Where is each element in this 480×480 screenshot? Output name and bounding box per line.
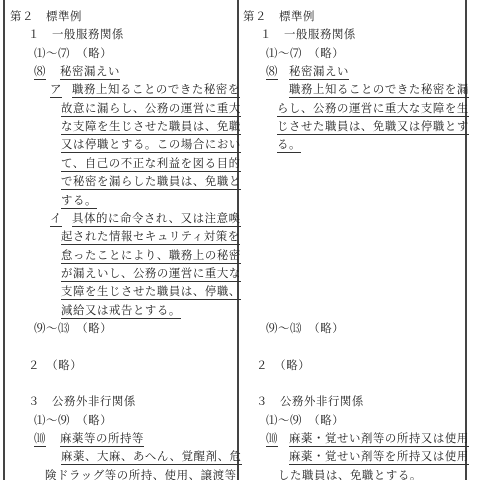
text-line: 具体的に命令され、又は注意喚 (72, 209, 241, 227)
amended-text: 秘密漏えい (289, 64, 349, 80)
marker-row: ⑻ (266, 62, 278, 80)
body-text: ⑴～⑼ （略） (266, 413, 344, 427)
body-text: した職員は、免職とする。 (278, 468, 422, 480)
amended-text: する。 (61, 193, 97, 209)
amended-text: 麻薬・覚せい剤等の所持又は使用 (289, 431, 469, 447)
marker-row: イ (50, 209, 62, 227)
text-line: 職務上知ることのできた秘密を (72, 80, 240, 98)
right-border (465, 0, 467, 480)
text-line: 又は停職とする。この場合におい (61, 135, 241, 153)
amended-text: 職務上知ることのできた秘密を漏 (289, 82, 469, 98)
amended-text: 減給又は戒告とする。 (61, 303, 181, 319)
text-line: 怠ったことにより、職務上の秘密 (61, 246, 241, 264)
item-marker: ⑻ (266, 64, 278, 80)
body-text: 第２ 標準例 (10, 9, 82, 23)
body-text: ２ （略） (28, 358, 82, 372)
text-line: ⑴～⑺ （略） (266, 44, 344, 62)
amended-text: が漏えいし、公務の運営に重大な (61, 266, 241, 282)
amended-text: 起された情報セキュリティ対策を (61, 229, 240, 245)
text-line: ２ （略） (256, 356, 310, 374)
amended-text: 支障を生じさせた職員は、停職、 (61, 284, 241, 300)
text-line: 第２ 標準例 (243, 7, 315, 25)
text-line: じさせた職員は、免職又は停職とす (277, 117, 469, 135)
body-text: ⑴～⑺ （略） (266, 46, 344, 60)
text-line: 減給又は戒告とする。 (61, 301, 181, 319)
text-line: 麻薬・覚せい剤等を所持又は使用 (289, 447, 469, 465)
amended-text: 又は停職とする。この場合におい (61, 137, 241, 153)
amended-text: で秘密を漏らした職員は、免職と (61, 174, 241, 190)
text-line: 秘密漏えい (60, 62, 120, 80)
text-line: 職務上知ることのできた秘密を漏 (289, 80, 469, 98)
text-line: 麻薬・覚せい剤等の所持又は使用 (289, 429, 469, 447)
text-line: て、自己の不正な利益を図る目的 (61, 154, 241, 172)
amended-text: 故意に漏らし、公務の運営に重大 (61, 101, 241, 117)
text-line: ⑼～⒀ （略） (34, 319, 112, 337)
amended-text: 職務上知ることのできた秘密を (72, 82, 240, 98)
text-line: 支障を生じさせた職員は、停職、 (61, 282, 241, 300)
body-text: ⑴～⑺ （略） (34, 46, 112, 60)
text-line: ⑴～⑼ （略） (266, 411, 344, 429)
text-line: 起された情報セキュリティ対策を (61, 227, 240, 245)
text-line: ⑴～⑺ （略） (34, 44, 112, 62)
text-line: 故意に漏らし、公務の運営に重大 (61, 99, 241, 117)
text-line: る。 (277, 135, 301, 153)
body-text: 険ドラッグ等の所持、使用、譲渡等 (45, 468, 237, 480)
amended-text: て、自己の不正な利益を図る目的 (61, 156, 241, 172)
text-line: ⑴～⑼ （略） (34, 411, 112, 429)
text-line: １ 一般服務関係 (28, 25, 124, 43)
text-line: 麻薬等の所持等 (60, 429, 144, 447)
amended-text: な支障を生じさせた職員は、免職 (61, 119, 241, 135)
item-marker: ⑻ (34, 64, 46, 80)
amended-text: る。 (277, 137, 301, 153)
text-line: する。 (61, 191, 97, 209)
text-line: 秘密漏えい (289, 62, 349, 80)
marker-row: ⑽ (34, 429, 46, 447)
text-line: 第２ 標準例 (10, 7, 82, 25)
item-marker: ア (50, 82, 62, 98)
text-line: ⑼～⒀ （略） (266, 319, 344, 337)
amended-text: 麻薬等の所持等 (60, 431, 144, 447)
text-line: １ 一般服務関係 (260, 25, 356, 43)
amended-text: 麻薬・覚せい剤等を所持又は使用 (289, 449, 469, 465)
body-text: １ 一般服務関係 (28, 27, 124, 41)
body-text: ３ 公務外非行関係 (256, 394, 364, 408)
amended-text: 怠ったことにより、職務上の秘密 (61, 248, 241, 264)
amended-text: じさせた職員は、免職又は停職とす (277, 119, 469, 135)
text-line: 険ドラッグ等の所持、使用、譲渡等 (45, 466, 237, 480)
body-text: １ 一般服務関係 (260, 27, 356, 41)
marker-row: ⑽ (266, 429, 278, 447)
marker-row: ⑻ (34, 62, 46, 80)
text-line: した職員は、免職とする。 (278, 466, 422, 480)
text-line: で秘密を漏らした職員は、免職と (61, 172, 241, 190)
body-text: ２ （略） (256, 358, 310, 372)
body-text: ３ 公務外非行関係 (28, 394, 136, 408)
amended-text: 麻薬、大麻、あへん、覚醒剤、危 (61, 449, 242, 465)
text-line: ３ 公務外非行関係 (256, 392, 364, 410)
text-line: な支障を生じさせた職員は、免職 (61, 117, 241, 135)
amended-text: らし、公務の運営に重大な支障を生 (277, 101, 469, 117)
body-text: ⑼～⒀ （略） (266, 321, 344, 335)
text-line: らし、公務の運営に重大な支障を生 (277, 99, 469, 117)
text-line: 麻薬、大麻、あへん、覚醒剤、危 (61, 447, 242, 465)
text-line: が漏えいし、公務の運営に重大な (61, 264, 241, 282)
body-text: ⑴～⑼ （略） (34, 413, 112, 427)
item-marker: ⑽ (34, 431, 46, 447)
item-marker: ⑽ (266, 431, 278, 447)
body-text: ⑼～⒀ （略） (34, 321, 112, 335)
amended-text: 秘密漏えい (60, 64, 120, 80)
left-border (3, 0, 5, 480)
amended-text: 具体的に命令され、又は注意喚 (72, 211, 241, 227)
item-marker: イ (50, 211, 62, 227)
text-line: ２ （略） (28, 356, 82, 374)
text-line: ３ 公務外非行関係 (28, 392, 136, 410)
body-text: 第２ 標準例 (243, 9, 315, 23)
marker-row: ア (50, 80, 62, 98)
